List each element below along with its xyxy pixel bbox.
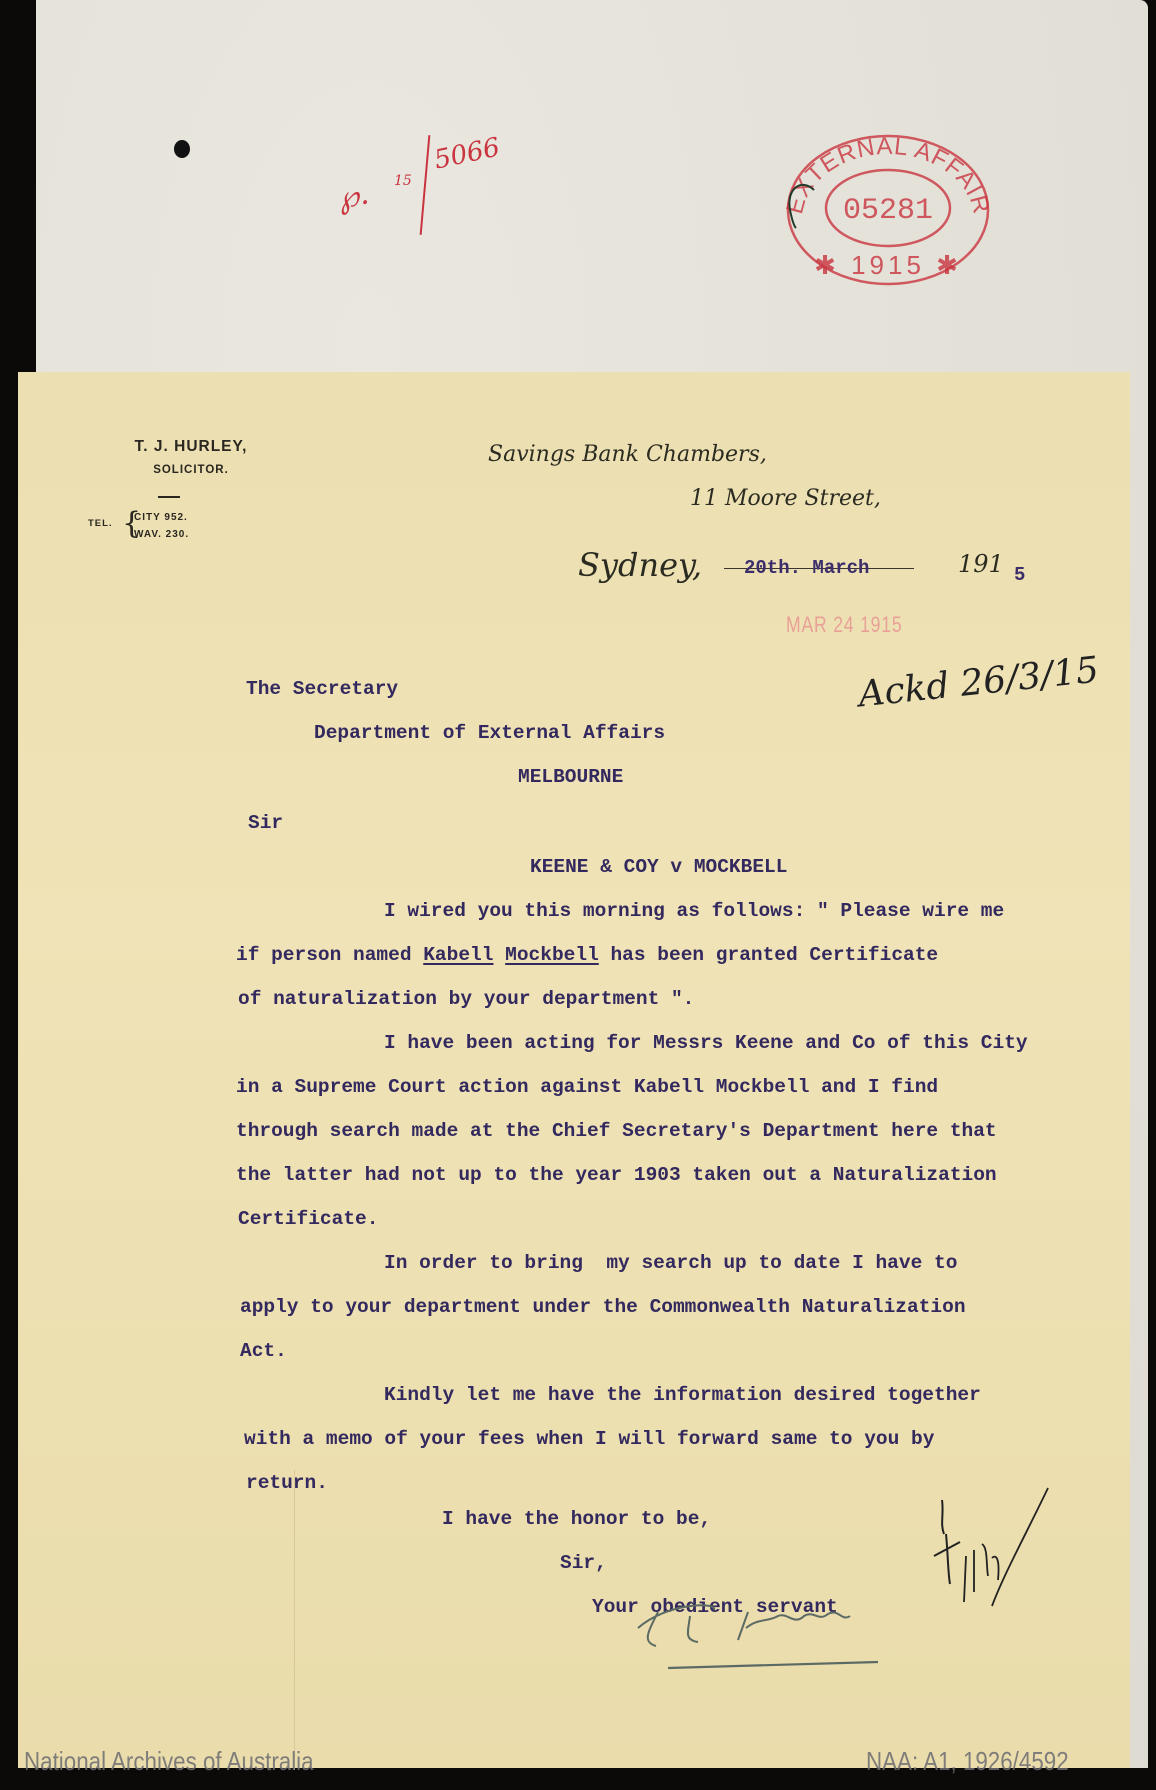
body-line: In order to bring my search up to date I… — [384, 1252, 957, 1274]
subject-line: KEENE & COY v MOCKBELL — [530, 856, 787, 878]
body-line: I have been acting for Messrs Keene and … — [384, 1032, 1028, 1054]
archive-reference-watermark: NAA: A1, 1926/4592 — [866, 1746, 1069, 1777]
closing-line-2: Sir, — [560, 1552, 607, 1574]
body-line: Certificate. — [238, 1208, 378, 1230]
recipient-line-2: Department of External Affairs — [314, 722, 665, 744]
external-affairs-registry-stamp: EXTERNAL AFFAIRS 05281 ✱ 1915 ✱ — [780, 128, 996, 288]
initials-signature-icon — [930, 1484, 1070, 1614]
underlined-name: Kabell — [423, 944, 493, 966]
address-line-2: 11 Moore Street, — [690, 486, 881, 511]
body-line: return. — [246, 1472, 328, 1494]
body-line: apply to your department under the Commo… — [240, 1296, 966, 1318]
body-line: with a memo of your fees when I will for… — [244, 1428, 934, 1450]
body-line: Act. — [240, 1340, 287, 1362]
address-line-1: Savings Bank Chambers, — [488, 442, 767, 467]
body-line: I wired you this morning as follows: " P… — [384, 900, 1004, 922]
date-typed: 20th. March — [744, 557, 869, 579]
year-printed: 191 — [958, 550, 1004, 578]
year-typed: 5 — [1014, 564, 1025, 586]
stamp-oval-icon: EXTERNAL AFFAIRS 05281 ✱ 1915 ✱ — [780, 128, 996, 288]
letter-sheet: T. J. HURLEY, SOLICITOR. TEL. { CITY 952… — [18, 372, 1130, 1768]
body-line: Kindly let me have the information desir… — [384, 1384, 981, 1406]
folio-year: 15 — [394, 173, 412, 189]
svg-text:✱ 1915 ✱: ✱ 1915 ✱ — [814, 250, 962, 280]
punch-hole — [174, 140, 190, 158]
salutation: Sir — [248, 812, 283, 834]
paper-fold — [294, 1470, 295, 1770]
letterhead-title: SOLICITOR. — [96, 464, 286, 476]
archive-watermark: National Archives of Australia — [24, 1746, 314, 1777]
place-name: Sydney, — [578, 546, 702, 584]
letterhead-rule — [158, 496, 180, 498]
letterhead-tel-city: CITY 952. — [134, 512, 188, 523]
margin-annotation: Ackd 26/3/15 — [857, 650, 1101, 716]
author-signature-icon — [628, 1592, 928, 1672]
body-line: through search made at the Chief Secreta… — [236, 1120, 997, 1142]
body-line: in a Supreme Court action against Kabell… — [236, 1076, 938, 1098]
letterhead-tel-label: TEL. — [88, 518, 113, 529]
body-line: of naturalization by your department ". — [238, 988, 694, 1010]
closing-line-1: I have the honor to be, — [442, 1508, 711, 1530]
letterhead-tel-wav: WAV. 230. — [134, 529, 189, 540]
body-line: if person named Kabell Mockbell has been… — [236, 944, 938, 966]
recipient-line-3: MELBOURNE — [518, 766, 623, 788]
recipient-line-1: The Secretary — [246, 678, 398, 700]
body-line: the latter had not up to the year 1903 t… — [236, 1164, 997, 1186]
svg-text:05281: 05281 — [843, 194, 933, 228]
letterhead-name: T. J. HURLEY, — [96, 438, 286, 456]
received-date-stamp: MAR 24 1915 — [786, 612, 902, 638]
underlined-name: Mockbell — [505, 944, 599, 966]
